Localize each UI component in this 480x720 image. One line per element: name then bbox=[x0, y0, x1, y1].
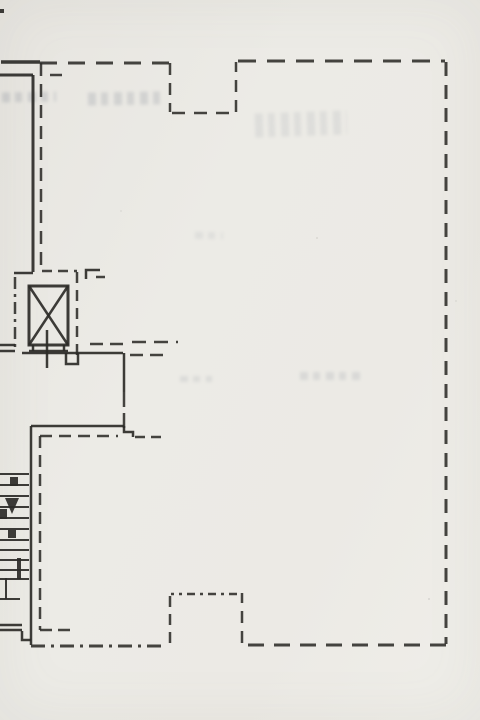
floor-plan-drawing bbox=[0, 0, 480, 720]
stair-cut-mark bbox=[17, 558, 21, 579]
vestibule-step-detail bbox=[124, 426, 133, 437]
stair-arrow-step-block-lower bbox=[8, 530, 16, 538]
stair-arrow-step-block-left bbox=[0, 509, 7, 519]
bottom-wall-step bbox=[22, 631, 31, 640]
scan-page bbox=[0, 0, 480, 720]
scan-edge-tick bbox=[0, 9, 4, 13]
stair-arrow-tail-block bbox=[10, 477, 18, 486]
